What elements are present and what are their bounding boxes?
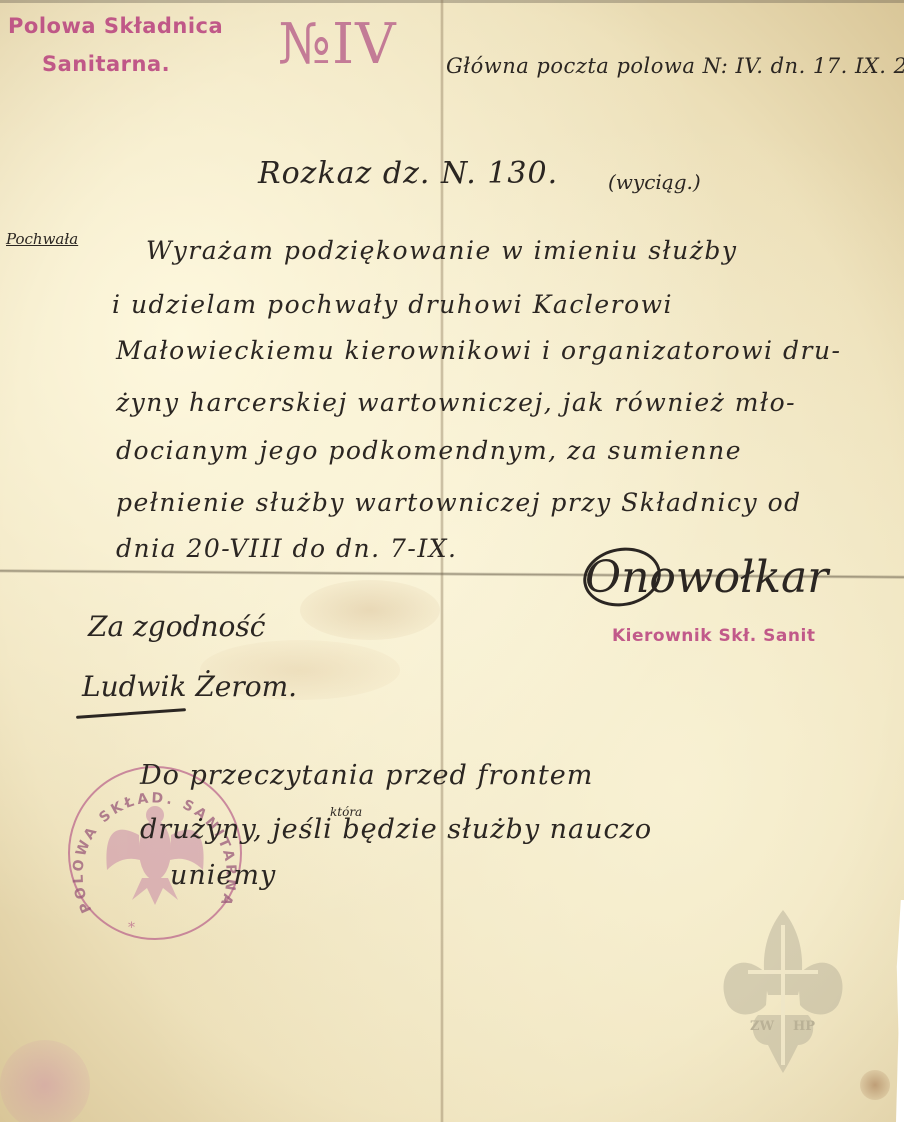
watermark-letters-left: ZW [750, 1019, 774, 1034]
order-title: Rozkaz dz. N. 130. [258, 156, 558, 191]
body-line: Wyrażam podziękowanie w imieniu służby [146, 236, 738, 265]
number-stamp: №IV [278, 12, 397, 77]
signature-underline [76, 708, 186, 719]
paper-top-edge [0, 0, 904, 3]
document-page: Polowa Składnica Sanitarna. №IV Główna p… [0, 0, 904, 1122]
director-signature: Onowołkar [585, 552, 828, 603]
note-line: uniemy [170, 860, 276, 891]
depot-stamp-line2: Sanitarna. [42, 52, 170, 76]
director-stamp: Kierownik Skł. Sanit [612, 626, 815, 646]
svg-text:*: * [128, 920, 135, 936]
body-line: żyny harcerskiej wartowniczej, jak równi… [116, 388, 796, 417]
body-line: i udzielam pochwały druhowi Kaclerowi [112, 290, 673, 319]
paper-stain [0, 1040, 90, 1122]
order-note: (wyciąg.) [608, 170, 701, 194]
consent-signature: Ludwik Żerom. [82, 670, 297, 703]
torn-edge [896, 900, 904, 1122]
note-line: drużyny, jeśli będzie służby nauczo [140, 814, 652, 845]
paper-stain [860, 1070, 890, 1100]
scout-fleur-de-lis-cross-icon: ZW HP [718, 905, 848, 1075]
margin-label: Pochwała [6, 230, 78, 248]
depot-stamp-line1: Polowa Składnica [8, 14, 223, 38]
watermark-letters-right: HP [793, 1019, 815, 1034]
note-line: Do przeczytania przed frontem [140, 760, 593, 791]
body-line: pełnienie służby wartowniczej przy Skład… [116, 488, 802, 517]
paper-stain [300, 580, 440, 640]
body-line: dnia 20-VIII do dn. 7-IX. [116, 534, 458, 563]
body-line: Małowieckiemu kierownikowi i organizator… [116, 336, 842, 365]
header-line: Główna poczta polowa N: IV. dn. 17. IX. … [446, 54, 904, 78]
body-line: docianym jego podkomendnym, za sumienne [116, 436, 742, 465]
consent-line: Za zgodność [88, 610, 265, 643]
